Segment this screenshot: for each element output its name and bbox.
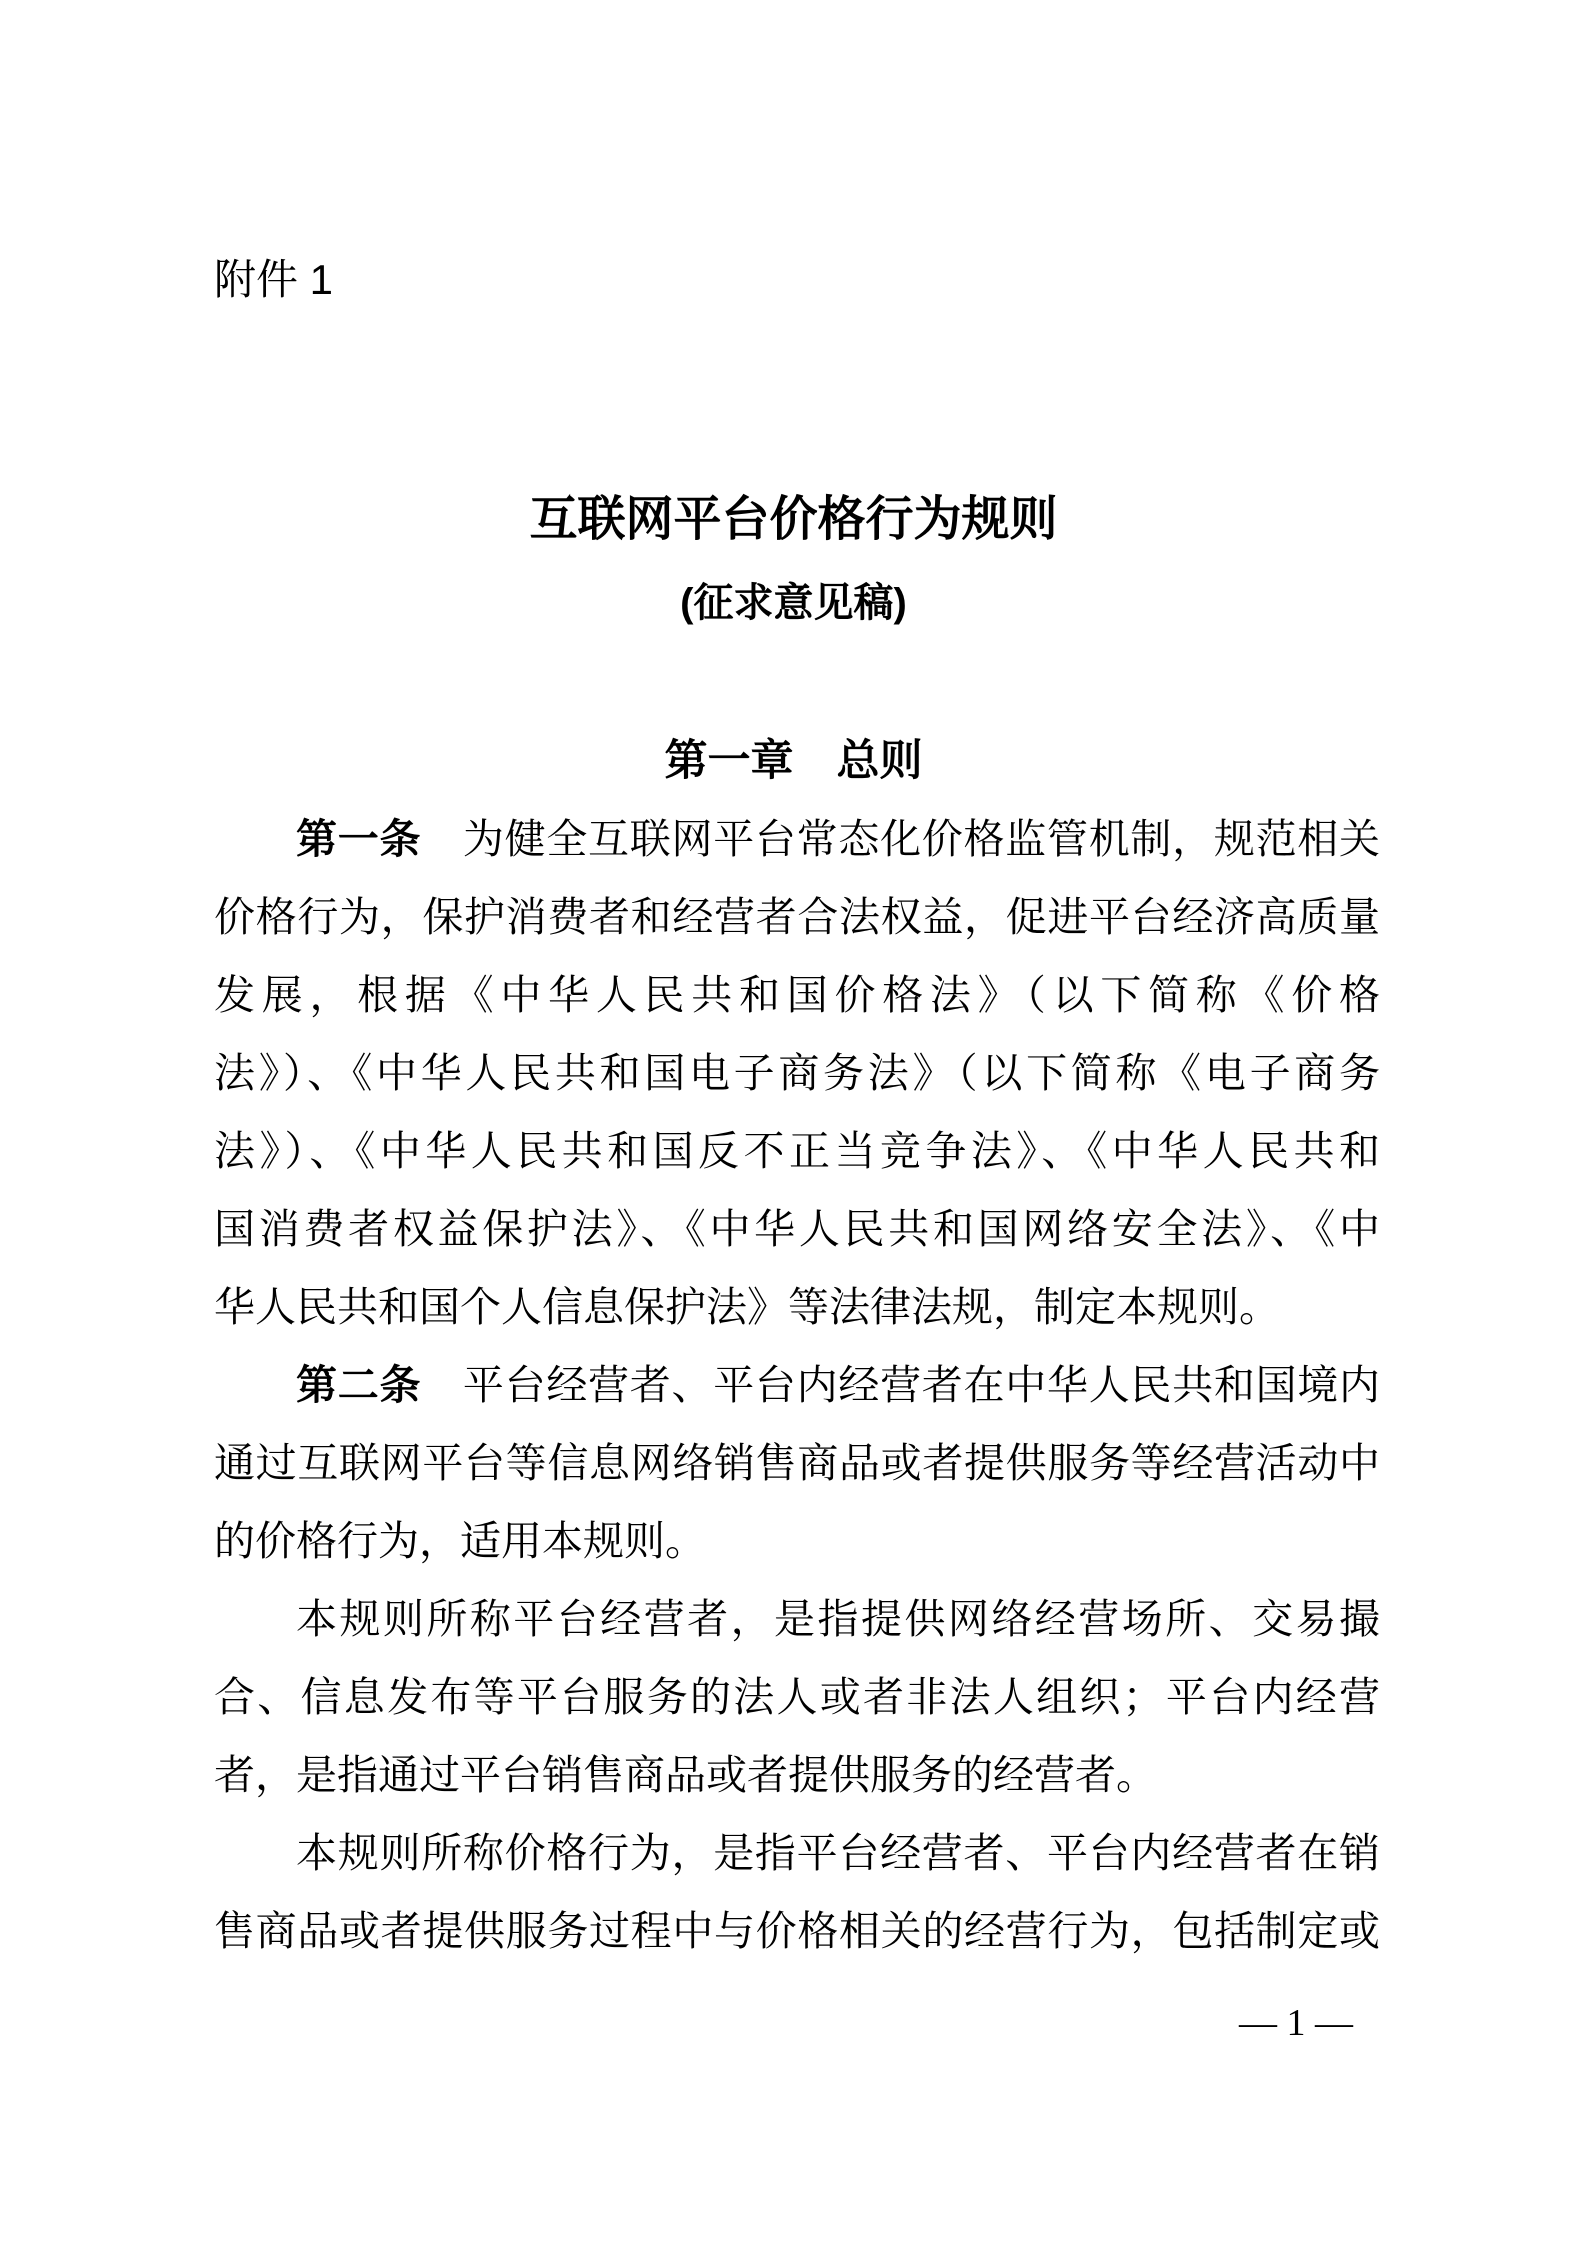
document-body: 第一条 为健全互联网平台常态化价格监管机制，规范相关价格行为，保护消费者和经营者… (214, 800, 1380, 1970)
body-line: 第二条 平台经营者、平台内经营者在中华人民共和国境内 (214, 1346, 1380, 1424)
article-number: 第二条 (296, 1362, 421, 1408)
body-line: 的价格行为，适用本规则。 (214, 1502, 1380, 1580)
body-line: 通过互联网平台等信息网络销售商品或者提供服务等经营活动中 (214, 1424, 1380, 1502)
paragraph: 本规则所称价格行为，是指平台经营者、平台内经营者在销售商品或者提供服务过程中与价… (214, 1814, 1380, 1970)
paragraph: 第一条 为健全互联网平台常态化价格监管机制，规范相关价格行为，保护消费者和经营者… (214, 800, 1380, 1346)
document-page: 附件 1 互联网平台价格行为规则 (征求意见稿) 第一章 总则 第一条 为健全互… (0, 0, 1587, 2245)
body-line: 本规则所称价格行为，是指平台经营者、平台内经营者在销 (214, 1814, 1380, 1892)
body-line: 本规则所称平台经营者，是指提供网络经营场所、交易撮 (214, 1580, 1380, 1658)
body-line: 法》）、《中华人民共和国反不正当竞争法》、《中华人民共和 (214, 1112, 1380, 1190)
body-line: 法》）、《中华人民共和国电子商务法》（以下简称《电子商务 (214, 1034, 1380, 1112)
attachment-label: 附件 1 (214, 256, 333, 304)
paragraph: 第二条 平台经营者、平台内经营者在中华人民共和国境内通过互联网平台等信息网络销售… (214, 1346, 1380, 1580)
chapter-heading: 第一章 总则 (0, 736, 1587, 786)
paragraph: 本规则所称平台经营者，是指提供网络经营场所、交易撮合、信息发布等平台服务的法人或… (214, 1580, 1380, 1814)
document-subtitle: (征求意见稿) (0, 580, 1587, 626)
body-line: 合、信息发布等平台服务的法人或者非法人组织；平台内经营 (214, 1658, 1380, 1736)
body-line: 发展，根据《中华人民共和国价格法》（以下简称《价格 (214, 956, 1380, 1034)
body-line: 华人民共和国个人信息保护法》等法律法规，制定本规则。 (214, 1268, 1380, 1346)
body-line: 售商品或者提供服务过程中与价格相关的经营行为，包括制定或 (214, 1892, 1380, 1970)
body-line: 国消费者权益保护法》、《中华人民共和国网络安全法》、《中 (214, 1190, 1380, 1268)
body-line: 价格行为，保护消费者和经营者合法权益，促进平台经济高质量 (214, 878, 1380, 956)
body-line: 者，是指通过平台销售商品或者提供服务的经营者。 (214, 1736, 1380, 1814)
article-number: 第一条 (296, 816, 421, 862)
page-number: — 1 — (1239, 2002, 1353, 2044)
document-title: 互联网平台价格行为规则 (0, 492, 1587, 548)
body-line: 第一条 为健全互联网平台常态化价格监管机制，规范相关 (214, 800, 1380, 878)
